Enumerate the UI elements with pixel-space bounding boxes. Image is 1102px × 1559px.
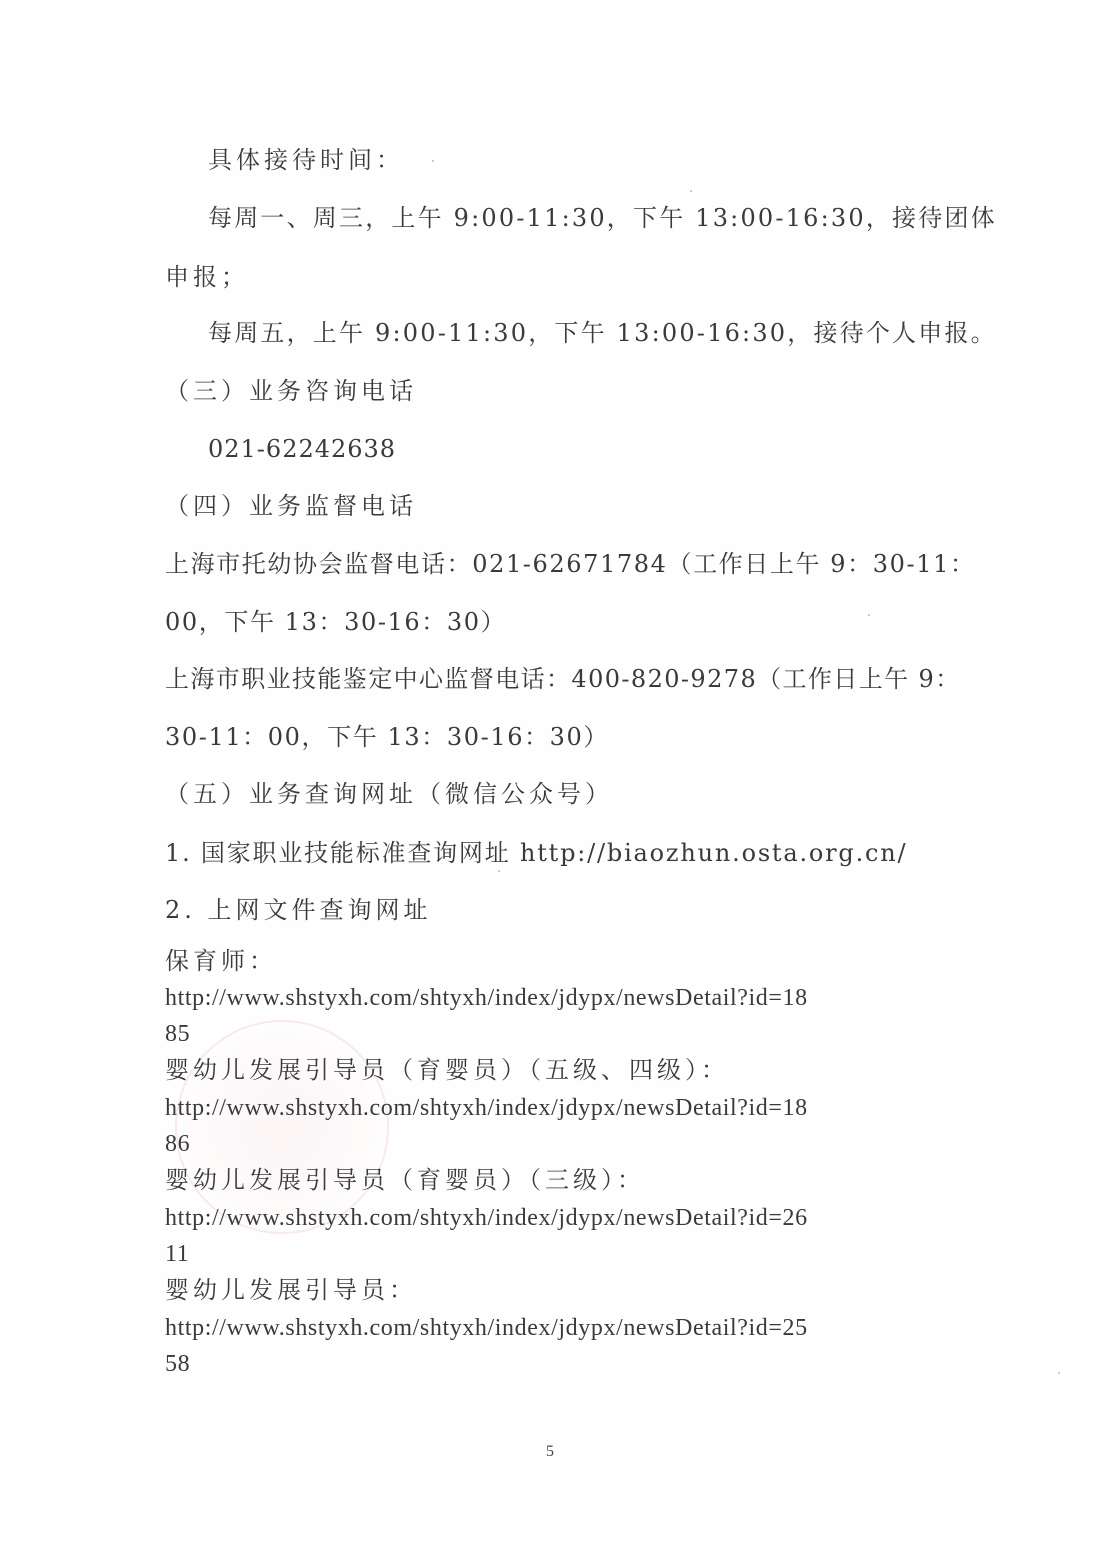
- consult-phone-number: 021-62242638: [208, 434, 396, 464]
- link-label-infant-guide: 婴幼儿发展引导员：: [165, 1275, 417, 1305]
- link-url-infant-guide-5-4[interactable]: http://www.shstyxh.com/shtyxh/index/jdyp…: [165, 1093, 808, 1123]
- link-label-childcare-worker: 保育师：: [165, 946, 277, 976]
- link-url-infant-guide-5-4-cont[interactable]: 86: [165, 1129, 190, 1159]
- link-label-infant-guide-5-4: 婴幼儿发展引导员（育婴员）（五级、四级）：: [165, 1055, 729, 1085]
- faded-seal-stamp: [175, 1020, 389, 1234]
- page-number: 5: [546, 1443, 554, 1461]
- assoc-supervision-line2: 00，下午 13：30-16：30）: [165, 607, 506, 637]
- group-schedule-line1: 每周一、周三，上午 9:00-11:30，下午 13:00-16:30，接待团体: [208, 203, 997, 233]
- scan-speck: [1058, 1372, 1060, 1374]
- link-url-infant-guide-3[interactable]: http://www.shstyxh.com/shtyxh/index/jdyp…: [165, 1203, 808, 1233]
- reception-time-label: 具体接待时间：: [208, 145, 404, 175]
- section4-heading: （四）业务监督电话: [165, 491, 417, 521]
- link-url-infant-guide-3-cont[interactable]: 11: [165, 1239, 189, 1269]
- scan-speck: [498, 870, 500, 872]
- link-url-infant-guide-cont[interactable]: 58: [165, 1349, 190, 1379]
- assoc-supervision-line1: 上海市托幼协会监督电话：021-62671784（工作日上午 9：30-11：: [165, 549, 976, 579]
- standard-query-url-item[interactable]: 1. 国家职业技能标准查询网址 http://biaozhun.osta.org…: [165, 838, 907, 868]
- scan-speck: [868, 614, 870, 616]
- scan-speck: [432, 160, 434, 162]
- link-url-childcare-worker-cont[interactable]: 85: [165, 1019, 190, 1049]
- file-query-url-item: 2. 上网文件查询网址: [165, 895, 432, 925]
- section3-heading: （三）业务咨询电话: [165, 376, 417, 406]
- link-url-infant-guide[interactable]: http://www.shstyxh.com/shtyxh/index/jdyp…: [165, 1313, 808, 1343]
- individual-schedule: 每周五，上午 9:00-11:30，下午 13:00-16:30，接待个人申报。: [208, 318, 997, 348]
- document-page: 具体接待时间： 每周一、周三，上午 9:00-11:30，下午 13:00-16…: [0, 0, 1102, 1559]
- scan-speck: [690, 190, 692, 192]
- section5-heading: （五）业务查询网址（微信公众号）: [165, 779, 613, 809]
- center-supervision-line2: 30-11：00，下午 13：30-16：30）: [165, 722, 609, 752]
- link-label-infant-guide-3: 婴幼儿发展引导员（育婴员）（三级）：: [165, 1165, 645, 1195]
- link-url-childcare-worker[interactable]: http://www.shstyxh.com/shtyxh/index/jdyp…: [165, 983, 808, 1013]
- center-supervision-line1: 上海市职业技能鉴定中心监督电话：400-820-9278（工作日上午 9：: [165, 664, 961, 694]
- group-schedule-line2: 申报；: [165, 262, 249, 292]
